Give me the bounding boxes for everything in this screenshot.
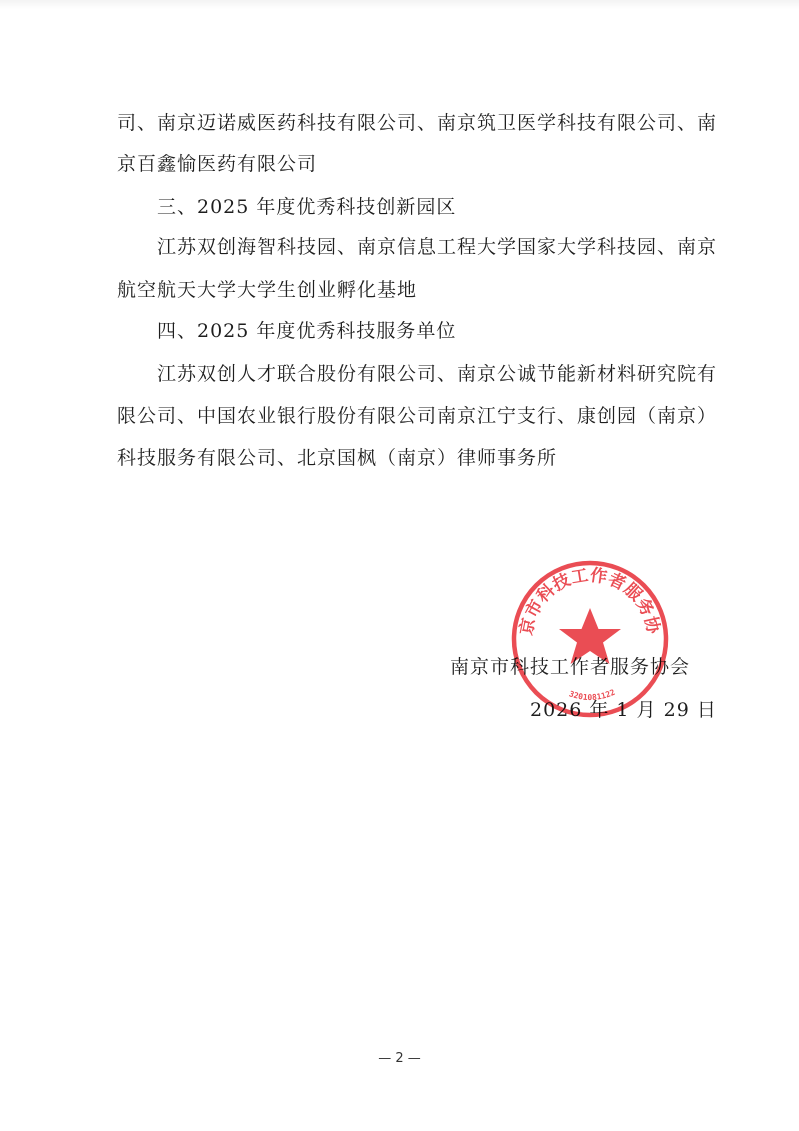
text-line: 江苏双创海智科技园、南京信息工程大学国家大学科技园、南京 — [157, 235, 679, 259]
section-heading: 四、2025 年度优秀科技服务单位 — [157, 319, 456, 343]
official-seal-icon: 南京市科技工作者服务协会 3201081122 — [509, 558, 671, 720]
text-line: 司、南京迈诺威医药科技有限公司、南京筑卫医学科技有限公司、南 — [117, 111, 679, 135]
text-line: 京百鑫愉医药有限公司 — [117, 152, 317, 176]
text-line: 科技服务有限公司、北京国枫（南京）律师事务所 — [117, 446, 557, 470]
seal-code: 3201081122 — [568, 688, 617, 702]
text-line: 江苏双创人才联合股份有限公司、南京公诚节能新材料研究院有 — [157, 362, 679, 386]
page-number: — 2 — — [0, 1051, 799, 1066]
section-heading: 三、2025 年度优秀科技创新园区 — [157, 195, 456, 219]
star-icon — [559, 608, 621, 664]
text-line: 限公司、中国农业银行股份有限公司南京江宁支行、康创园（南京） — [117, 404, 679, 428]
document-page: 司、南京迈诺威医药科技有限公司、南京筑卫医学科技有限公司、南 京百鑫愉医药有限公… — [0, 0, 799, 1131]
text-line: 航空航天大学大学生创业孵化基地 — [117, 278, 417, 302]
